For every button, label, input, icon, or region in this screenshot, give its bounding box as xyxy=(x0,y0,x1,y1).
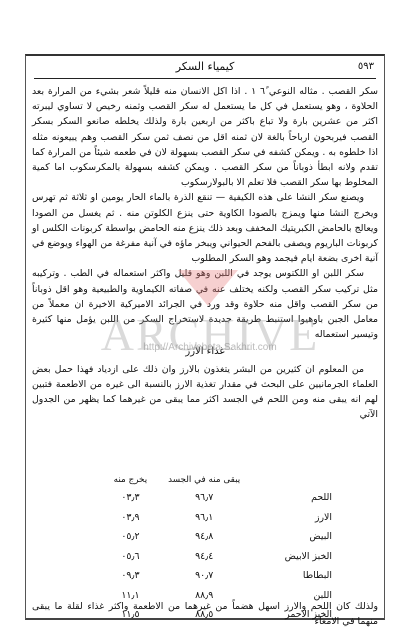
food-name: البيض xyxy=(244,531,337,542)
section-intro: من المعلوم ان كثيرين من البشر يتغذون بال… xyxy=(32,362,378,423)
kept-value: ٩٤٫٨ xyxy=(165,531,244,542)
excreted-value: ٠٣٫٩ xyxy=(96,512,165,523)
table-row: البطاطا ٩٠٫٧ ٠٩٫٣ xyxy=(96,566,336,586)
page-header: ٥٩٣ كيمياء السكر xyxy=(34,60,376,79)
watermark-logo-icon xyxy=(178,270,238,306)
kept-value: ٩٠٫٧ xyxy=(165,570,244,581)
header-excreted: يخرج منه xyxy=(96,475,165,485)
article-body: سكر القصب . مثاله النوعي ٦ً ١ . اذا اكل … xyxy=(32,84,378,422)
closing-text: ولذلك كان اللحم والارز اسهل هضماً من غير… xyxy=(32,599,378,629)
kept-value: ٩٤٫٤ xyxy=(165,551,244,562)
table-row: الارز ٩٦٫١ ٠٣٫٩ xyxy=(96,508,336,528)
header-kept-in-body: يبقى منه في الجسد xyxy=(165,475,244,485)
table-header-row: يبقى منه في الجسد يخرج منه xyxy=(96,472,336,488)
excreted-value: ٠٩٫٣ xyxy=(96,570,165,581)
paragraph-cane-sugar: سكر القصب . مثاله النوعي ٦ً ١ . اذا اكل … xyxy=(32,84,378,190)
table-row: اللحم ٩٦٫٧ ٠٣٫٣ xyxy=(96,488,336,508)
excreted-value: ٠٥٫٢ xyxy=(96,531,165,542)
closing-paragraph: ولذلك كان اللحم والارز اسهل هضماً من غير… xyxy=(32,599,378,629)
food-name: البطاطا xyxy=(244,570,337,581)
table-row: الخبز الابيض ٩٤٫٤ ٠٥٫٦ xyxy=(96,547,336,567)
excreted-value: ٠٥٫٦ xyxy=(96,551,165,562)
food-name: اللحم xyxy=(244,492,337,503)
food-name: الارز xyxy=(244,512,337,523)
kept-value: ٩٦٫١ xyxy=(165,512,244,523)
food-name: الخبز الابيض xyxy=(244,551,337,562)
watermark-url: http://Archivebeta.Sakhrit.com xyxy=(110,342,310,353)
kept-value: ٩٦٫٧ xyxy=(165,492,244,503)
paragraph-starch-sugar: ويصنع سكر النشا على هذه الكيفية — تنقع ا… xyxy=(32,190,378,266)
table-row: البيض ٩٤٫٨ ٠٥٫٢ xyxy=(96,527,336,547)
running-title: كيمياء السكر xyxy=(34,60,376,73)
excreted-value: ٠٣٫٣ xyxy=(96,492,165,503)
